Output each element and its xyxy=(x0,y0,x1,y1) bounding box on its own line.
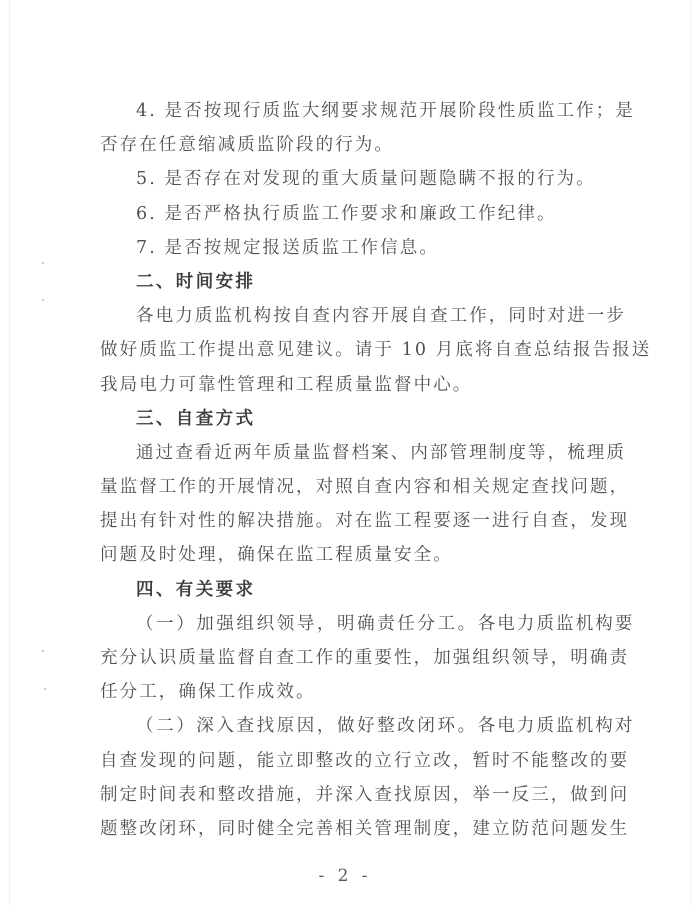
section-heading-requirements: 四、有关要求 xyxy=(100,573,600,607)
binding-mark xyxy=(42,299,44,301)
paragraph-line: 我局电力可靠性管理和工程质量监督中心。 xyxy=(100,368,600,402)
paragraph-line: 6. 是否严格执行质监工作要求和廉政工作纪律。 xyxy=(100,197,600,231)
section-heading-schedule: 二、时间安排 xyxy=(100,265,600,299)
subsection-first-line: （二）深入查找原因，做好整改闭环。各电力质监机构对 xyxy=(100,709,600,743)
subsection-first-line: （一）加强组织领导，明确责任分工。各电力质监机构要 xyxy=(100,607,600,641)
paragraph-line: 各电力质监机构按自查内容开展自查工作，同时对进一步 xyxy=(100,299,595,333)
paragraph-line: 4. 是否按现行质监大纲要求规范开展阶段性质监工作；是 xyxy=(100,94,595,128)
paragraph-line: 任分工，确保工作成效。 xyxy=(100,675,600,709)
paragraph-line: 自查发现的问题，能立即整改的立行立改，暂时不能整改的要 xyxy=(100,744,595,778)
paragraph-line: 7. 是否按规定报送质监工作信息。 xyxy=(100,231,600,265)
paragraph-line: 提出有针对性的解决措施。对在监工程要逐一进行自查，发现 xyxy=(100,504,595,538)
paragraph-line: 做好质监工作提出意见建议。请于 10 月底将自查总结报告报送 xyxy=(100,333,595,367)
scan-edge-left xyxy=(9,0,10,906)
paragraph-line: 问题及时处理，确保在监工程质量安全。 xyxy=(100,538,600,572)
subsection-lead: （一）加强组织领导，明确责任分工。 xyxy=(136,614,478,634)
subsection-lead: （二）深入查找原因，做好整改闭环。 xyxy=(136,716,478,736)
binding-mark xyxy=(42,262,44,264)
page-number: - 2 - xyxy=(0,866,690,886)
paragraph-line: 5. 是否存在对发现的重大质量问题隐瞒不报的行为。 xyxy=(100,162,600,196)
binding-mark xyxy=(44,688,46,690)
paragraph-line: 题整改闭环，同时健全完善相关管理制度，建立防范问题发生 xyxy=(100,812,595,846)
paragraph-line: 制定时间表和整改措施，并深入查找原因，举一反三，做到问 xyxy=(100,778,595,812)
paragraph-line: 充分认识质量监督自查工作的重要性，加强组织领导，明确责 xyxy=(100,641,595,675)
paragraph-line: 量监督工作的开展情况，对照自查内容和相关规定查找问题， xyxy=(100,470,595,504)
section-heading-method: 三、自查方式 xyxy=(100,402,600,436)
paragraph-line: 通过查看近两年质量监督档案、内部管理制度等，梳理质 xyxy=(100,436,595,470)
document-body: 4. 是否按现行质监大纲要求规范开展阶段性质监工作；是 否存在任意缩减质监阶段的… xyxy=(100,94,600,846)
scan-edge-right xyxy=(690,0,691,906)
paragraph-text: 各电力质监机构对 xyxy=(478,716,635,736)
binding-mark xyxy=(42,650,44,652)
paragraph-line: 否存在任意缩减质监阶段的行为。 xyxy=(100,128,600,162)
paragraph-text: 各电力质监机构要 xyxy=(478,614,635,634)
